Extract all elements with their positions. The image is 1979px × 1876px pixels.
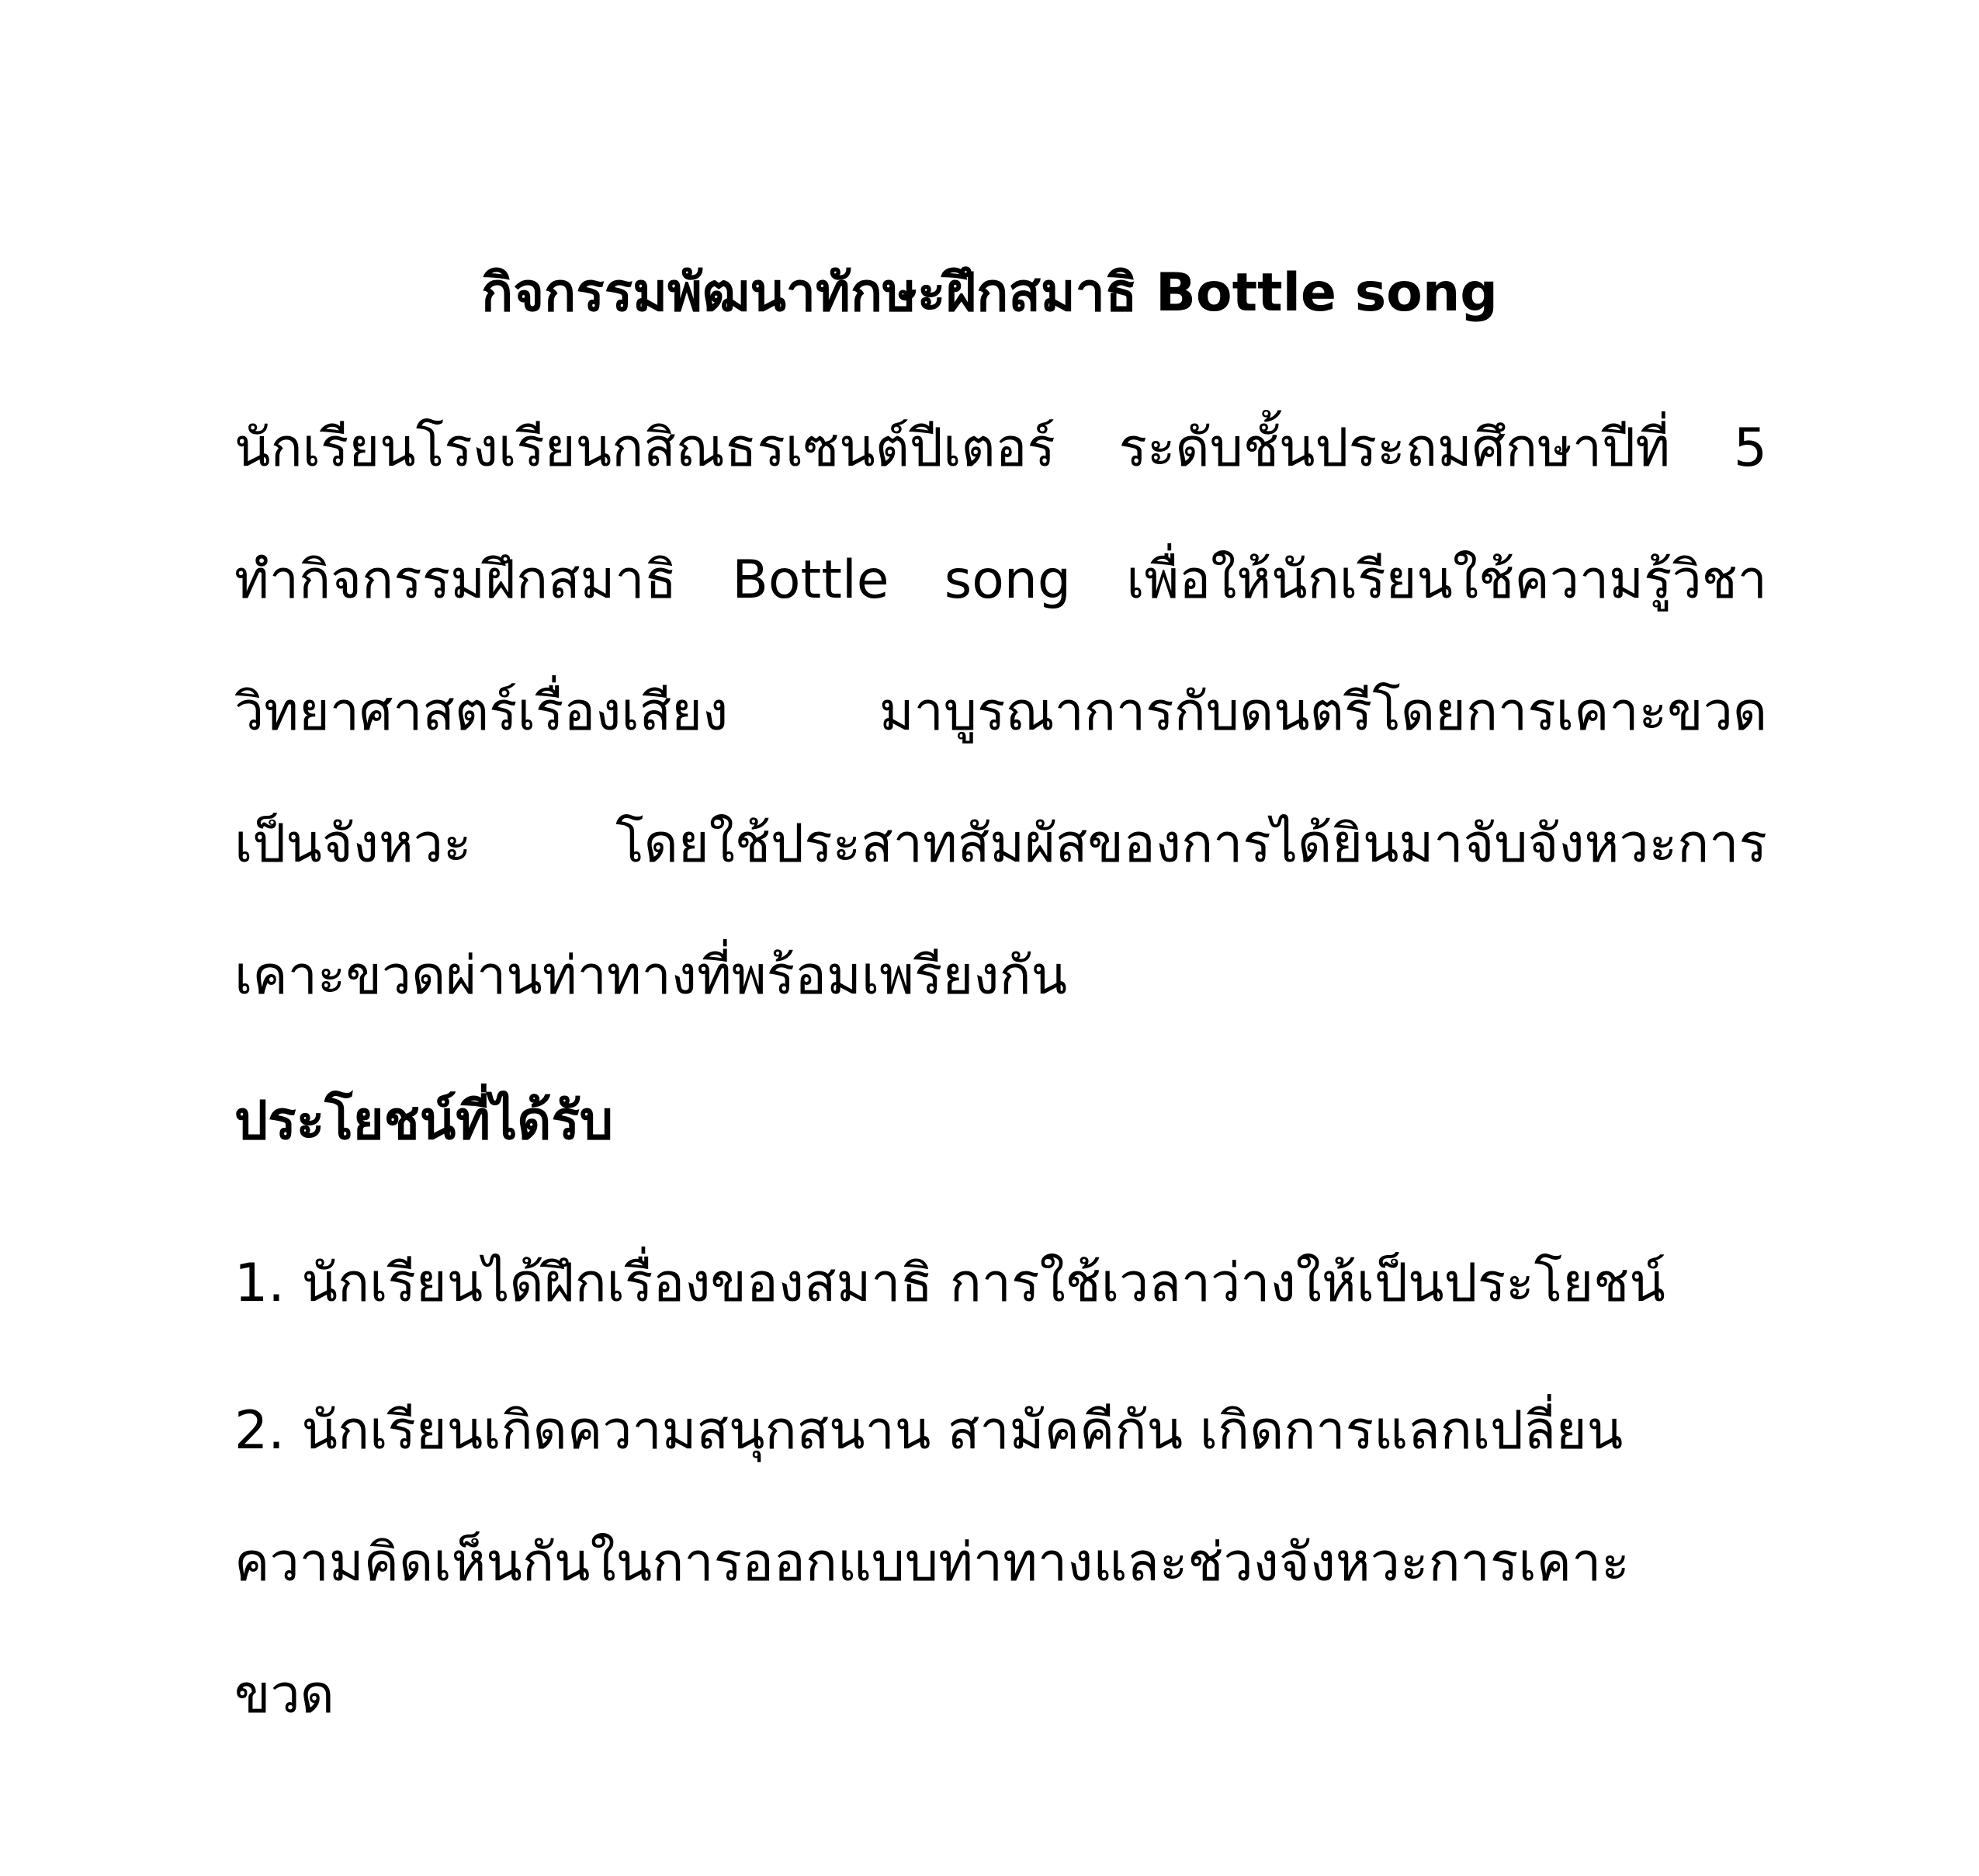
intro-line: วิทยาศาสตร์เรื่องเสียง มาบูรณาการกับดนตร… <box>234 666 1767 759</box>
intro-line: ทำกิจกรรมฝึกสมาธิ Bottle song เพื่อให้นั… <box>234 534 1767 627</box>
benefits-heading: ประโยชน์ที่ได้รับ <box>234 1075 613 1168</box>
intro-line: นักเรียนโรงเรียนกสิณธรเซนต์ปีเตอร์ ระดับ… <box>234 402 1767 495</box>
document-page: กิจกรรมพัฒนาทักษะฝึกสมาธิ Bottle song นั… <box>0 0 1979 1876</box>
intro-line: เคาะขวดผ่านท่าทางที่พร้อมเพรียงกัน <box>234 930 1067 1023</box>
benefit-line: 1. นักเรียนได้ฝึกเรื่องของสมาธิ การใช้เว… <box>234 1237 1665 1330</box>
document-title: กิจกรรมพัฒนาทักษะฝึกสมาธิ Bottle song <box>0 247 1979 340</box>
benefit-line: ขวด <box>234 1649 334 1742</box>
intro-line: เป็นจังหวะ โดยใช้ประสาทสัมผัสของการได้ยิ… <box>234 798 1767 891</box>
benefit-line: ความคิดเห็นกันในการออกแบบท่าทางและช่วงจั… <box>234 1517 1630 1610</box>
benefit-line: 2. นักเรียนเกิดความสนุกสนาน สามัคคีกัน เ… <box>234 1385 1623 1478</box>
